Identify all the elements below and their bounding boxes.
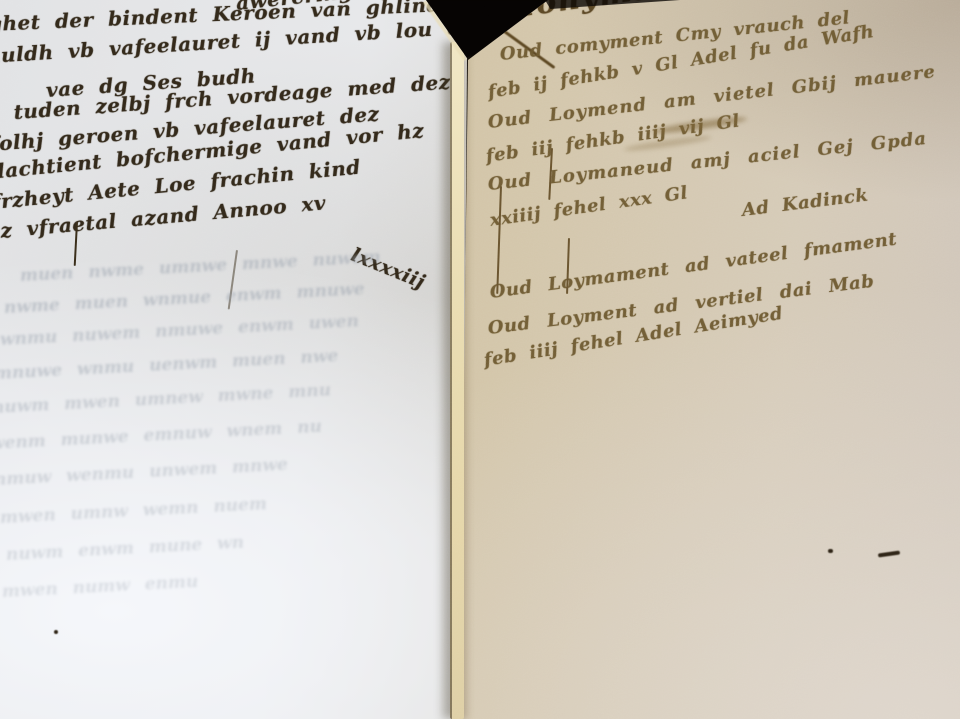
show-through-line: mwen numw enmu	[1, 572, 198, 602]
show-through-line: wenm munwe emnuw wnem nu	[0, 417, 322, 454]
manuscript-photo: awereringhe kaid ghet der bindent Keroen…	[0, 0, 960, 719]
show-through-line: wnmu nuwem nmuwe enwm uwen	[0, 311, 359, 350]
show-through-line: nuwm mwen umnew mwne mnu	[0, 380, 332, 418]
ink-speck	[828, 549, 833, 553]
page-edge-highlight	[450, 42, 464, 719]
ledger-line: Ad Kadinck	[741, 185, 870, 221]
ink-speck	[54, 630, 58, 634]
show-through-line: nmuw wenmu unwem mnwe	[0, 455, 288, 490]
show-through-line: nwme muen wnmue enwm mnuwe	[3, 279, 365, 318]
ink-speck	[878, 550, 900, 557]
show-through-line: mwen umnw wemn nuem	[0, 494, 267, 528]
pen-stroke	[496, 186, 502, 294]
show-through-line: mnuwe wnmu uenwm muen nwe	[0, 346, 339, 384]
show-through-line: nuwm enwm mune wn	[5, 533, 244, 565]
